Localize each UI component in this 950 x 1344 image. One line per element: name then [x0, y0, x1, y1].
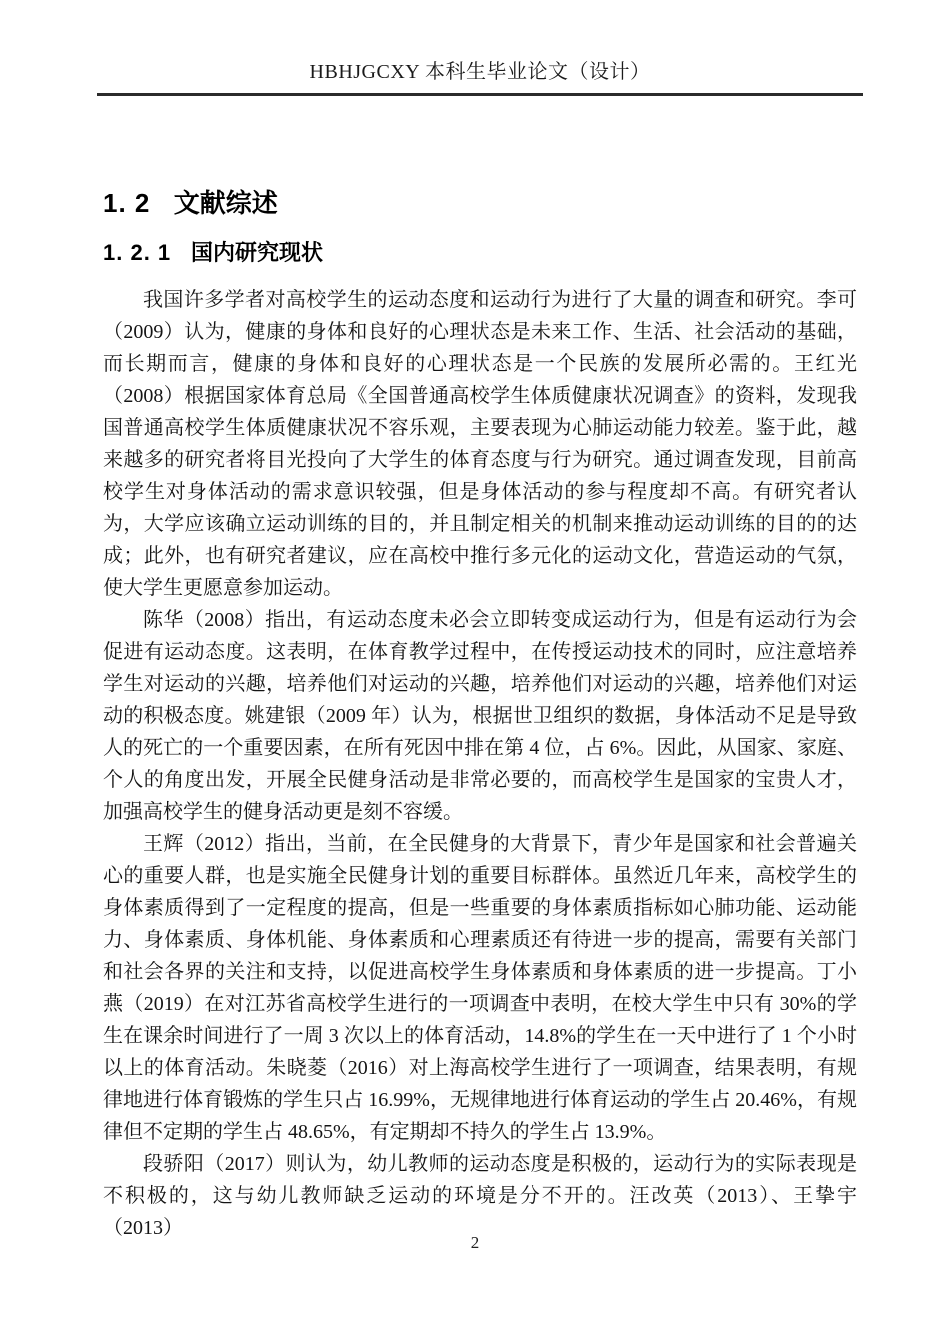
section-title: 文献综述 [174, 188, 278, 218]
subsection-title: 国内研究现状 [191, 240, 323, 265]
subsection-number: 1. 2. 1 [103, 238, 171, 268]
section-number: 1. 2 [103, 186, 150, 220]
header-title: HBHJGCXY 本科生毕业论文（设计） [97, 58, 863, 86]
paragraph-4: 段骄阳（2017）则认为，幼儿教师的运动态度是积极的，运动行为的实际表现是不积极… [103, 1148, 857, 1244]
page-header: HBHJGCXY 本科生毕业论文（设计） [97, 58, 863, 96]
body-text: 我国许多学者对高校学生的运动态度和运动行为进行了大量的调查和研究。李可（2009… [103, 284, 857, 1244]
document-page: HBHJGCXY 本科生毕业论文（设计） 1. 2文献综述 1. 2. 1国内研… [0, 0, 950, 1344]
page-number: 2 [471, 1233, 480, 1252]
paragraph-3: 王辉（2012）指出，当前，在全民健身的大背景下，青少年是国家和社会普遍关心的重… [103, 828, 857, 1148]
section-heading: 1. 2文献综述 [103, 186, 857, 220]
paragraph-2: 陈华（2008）指出，有运动态度未必会立即转变成运动行为，但是有运动行为会促进有… [103, 604, 857, 828]
subsection-heading: 1. 2. 1国内研究现状 [103, 238, 857, 268]
page-footer: 2 [0, 1232, 950, 1254]
paragraph-1: 我国许多学者对高校学生的运动态度和运动行为进行了大量的调查和研究。李可（2009… [103, 284, 857, 604]
document-content: 1. 2文献综述 1. 2. 1国内研究现状 我国许多学者对高校学生的运动态度和… [103, 186, 857, 1244]
